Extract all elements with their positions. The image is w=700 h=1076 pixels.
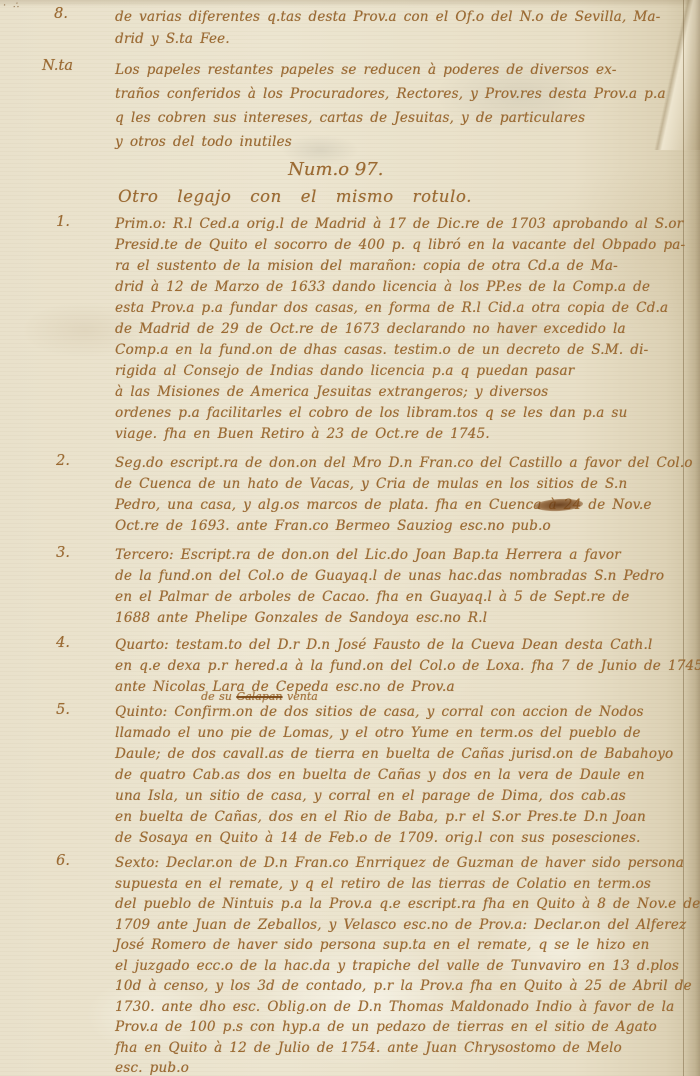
catalog-entry-5: 5. de su Galapan venta Quinto: Confirm.o… (0, 702, 700, 849)
text-line: supuesta en el remate, y q el retiro de … (115, 874, 690, 895)
text-line: de quatro Cab.as dos en buelta de Cañas … (115, 765, 690, 786)
text-line: rigida al Consejo de Indias dando licenc… (115, 361, 690, 382)
nota-text: Los papeles restantes papeles se reducen… (115, 58, 690, 154)
text-line: Los papeles restantes papeles se reducen… (115, 58, 690, 82)
text-line: Tercero: Escript.ra de don.on del Lic.do… (115, 545, 690, 566)
text-line: Seg.do escript.ra de don.on del Mro D.n … (115, 453, 690, 474)
entry-1-number: 1. (0, 214, 115, 445)
text-line: en el Palmar de arboles de Cacao. fha en… (115, 587, 690, 608)
entry-5-text: de su Galapan venta Quinto: Confirm.on d… (115, 702, 690, 849)
text-line: llamado el uno pie de Lomas, y el otro Y… (115, 723, 690, 744)
catalog-entry-1: 1. Prim.o: R.l Ced.a orig.l de Madrid à … (0, 214, 700, 445)
text-line: Daule; de dos cavall.as de tierra en bue… (115, 744, 690, 765)
entry-3-number: 3. (0, 545, 115, 629)
text-line: Quarto: testam.to del D.r D.n José Faust… (115, 635, 690, 656)
entry-3-text: Tercero: Escript.ra de don.on del Lic.do… (115, 545, 690, 629)
text-line: 1709 ante Juan de Zeballos, y Velasco es… (115, 915, 690, 936)
manuscript-screenshot: { "page": { "paper_color": "#e9e1ca", "i… (0, 0, 700, 1076)
text-line: Oct.re de 1693. ante Fran.co Bermeo Sauz… (115, 516, 690, 537)
entry-2-number: 2. (0, 453, 115, 537)
text-line: traños conferidos à los Procuradores, Re… (115, 82, 690, 106)
text-line: una Isla, un sitio de casa, y corral en … (115, 786, 690, 807)
text-line: de la fund.on del Col.o de Guayaq.l de u… (115, 566, 690, 587)
text-line: de Sosaya en Quito à 14 de Feb.o de 1709… (115, 828, 690, 849)
text-line: ordenes p.a facilitarles el cobro de los… (115, 403, 690, 424)
text-line: y otros del todo inutiles (115, 130, 690, 154)
entry-4-number: 4. (0, 635, 115, 698)
text-line: Quinto: Confirm.on de dos sitios de casa… (115, 702, 690, 723)
text-line: drid à 12 de Marzo de 1633 dando licenci… (115, 277, 690, 298)
text-line: fha en Quito à 12 de Julio de 1754. ante… (115, 1038, 690, 1059)
text-line: de Cuenca de un hato de Vacas, y Cria de… (115, 474, 690, 495)
text-line: viage. fha en Buen Retiro à 23 de Oct.re… (115, 424, 690, 445)
entry-8-fragment: 8. de varias diferentes q.tas desta Prov… (0, 6, 700, 50)
interline-post: venta (282, 690, 317, 703)
interline-struck-word: Galapan (236, 690, 282, 703)
interline-pre: de su (201, 690, 236, 703)
text-line: en q.e dexa p.r hered.a à la fund.on del… (115, 656, 690, 677)
manuscript-page: · ∴ 8. de varias diferentes q.tas desta … (0, 0, 700, 1076)
entry-8-number: 8. (0, 6, 115, 50)
entry-6-text: Sexto: Declar.on de D.n Fran.co Enrrique… (115, 853, 690, 1076)
section-heading-number: Num.o 97. (288, 157, 700, 182)
text-line: à las Misiones de America Jesuitas extra… (115, 382, 690, 403)
entry-4-text: Quarto: testam.to del D.r D.n José Faust… (115, 635, 690, 698)
manuscript-content: 8. de varias diferentes q.tas desta Prov… (0, 0, 700, 1076)
entry-5-number: 5. (0, 702, 115, 849)
text-line: Sexto: Declar.on de D.n Fran.co Enrrique… (115, 853, 690, 874)
text-line: José Romero de haver sido persona sup.ta… (115, 935, 690, 956)
text-line: del pueblo de Nintuis p.a la Prov.a q.e … (115, 894, 690, 915)
entry-6-number: 6. (0, 853, 115, 1076)
text-line: en buelta de Cañas, dos en el Rio de Bab… (115, 807, 690, 828)
nota-block: N.ta Los papeles restantes papeles se re… (0, 58, 700, 154)
text-line: Presid.te de Quito el socorro de 400 p. … (115, 235, 690, 256)
catalog-entry-3: 3. Tercero: Escript.ra de don.on del Lic… (0, 545, 700, 629)
section-subtitle: Otro legajo con el mismo rotulo. (118, 184, 700, 210)
text-line: ra el sustento de la mision del marañon:… (115, 256, 690, 277)
entry-8-text: de varias diferentes q.tas desta Prov.a … (115, 6, 690, 50)
text-line: Pedro, una casa, y alg.os marcos de plat… (115, 495, 690, 516)
text-line: Comp.a en la fund.on de dhas casas. test… (115, 340, 690, 361)
text-line: esta Prov.a p.a fundar dos casas, en for… (115, 298, 690, 319)
text-line: Prov.a de 100 p.s con hyp.a de un pedazo… (115, 1017, 690, 1038)
entry-1-text: Prim.o: R.l Ced.a orig.l de Madrid à 17 … (115, 214, 690, 445)
text-line: Prim.o: R.l Ced.a orig.l de Madrid à 17 … (115, 214, 690, 235)
text-line: de Madrid de 29 de Oct.re de 1673 declar… (115, 319, 690, 340)
text-line: el juzgado ecc.o de la hac.da y trapiche… (115, 956, 690, 977)
catalog-entry-4: 4. Quarto: testam.to del D.r D.n José Fa… (0, 635, 700, 698)
text-line: de varias diferentes q.tas desta Prov.a … (115, 6, 690, 28)
text-line: 1688 ante Phelipe Gonzales de Sandoya es… (115, 608, 690, 629)
nota-label: N.ta (0, 58, 115, 154)
catalog-entry-6: 6. Sexto: Declar.on de D.n Fran.co Enrri… (0, 853, 700, 1076)
text-line: 10d à censo, y los 3d de contado, p.r la… (115, 976, 690, 997)
text-line: drid y S.ta Fee. (115, 28, 690, 50)
text-line: q les cobren sus intereses, cartas de Je… (115, 106, 690, 130)
entry-2-text: Seg.do escript.ra de don.on del Mro D.n … (115, 453, 690, 537)
interline-correction: de su Galapan venta (201, 691, 318, 702)
catalog-entry-2: 2. Seg.do escript.ra de don.on del Mro D… (0, 453, 700, 537)
text-line: esc. pub.o (115, 1058, 690, 1076)
text-line: 1730. ante dho esc. Oblig.on de D.n Thom… (115, 997, 690, 1018)
